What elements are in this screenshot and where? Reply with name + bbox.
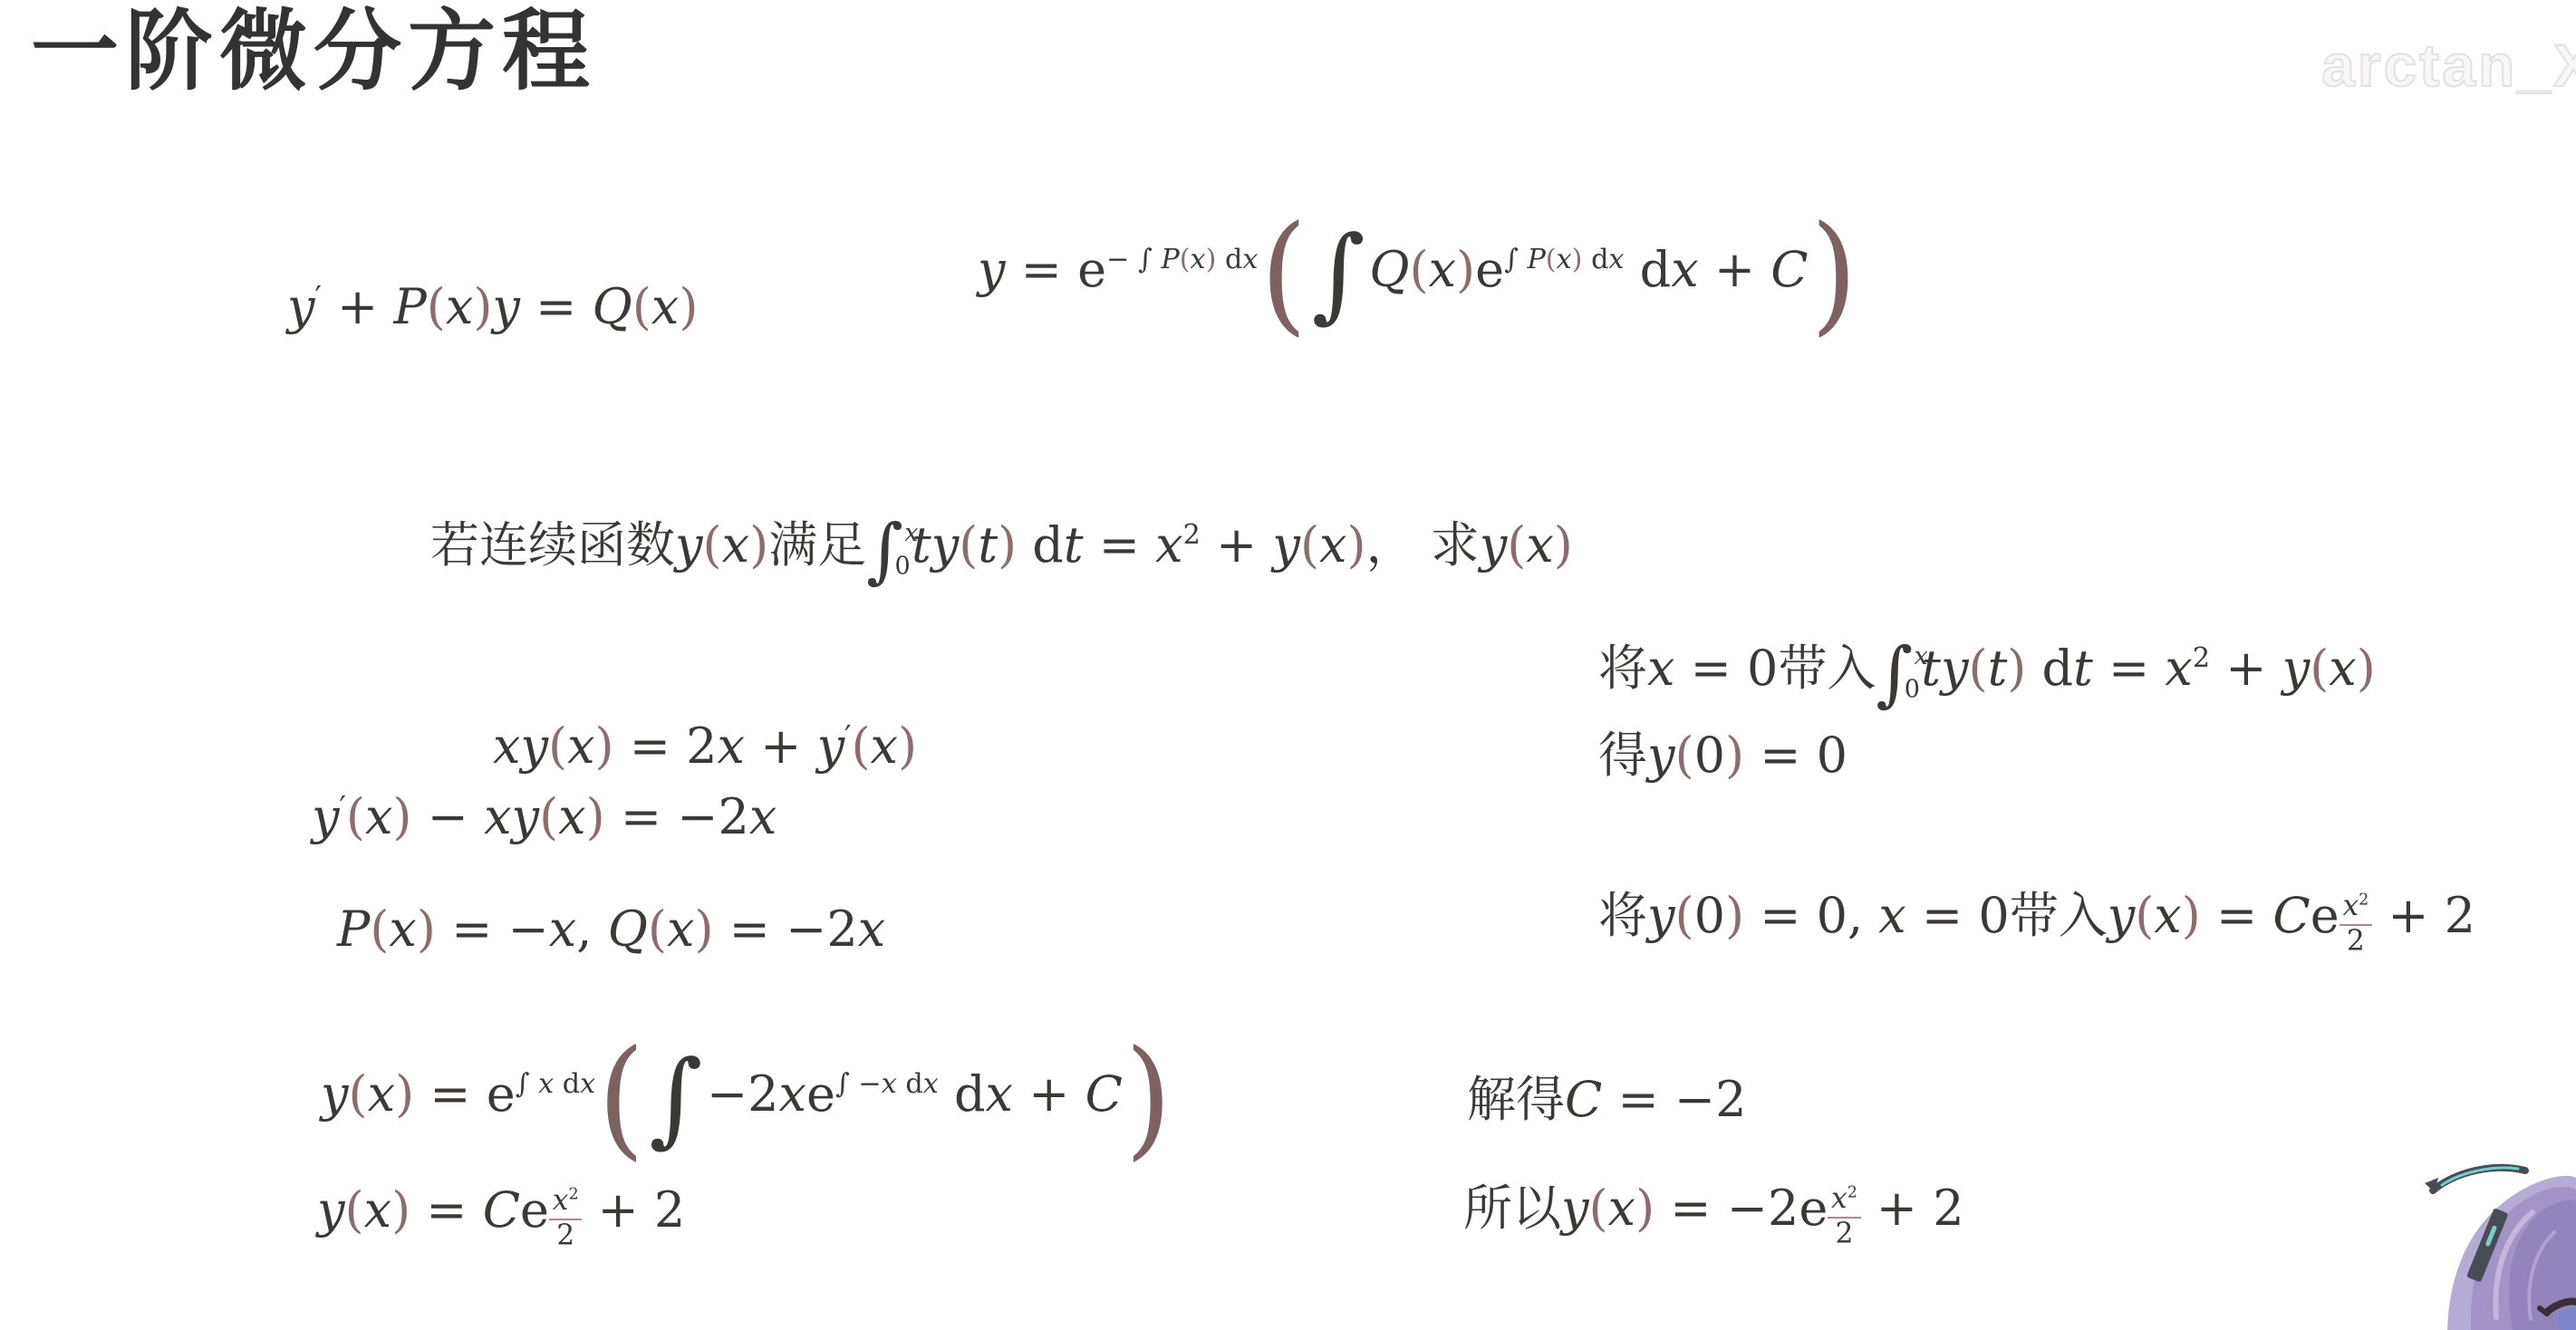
step-y0-value: 得y(0) = 0	[1598, 723, 1848, 788]
watermark: arctan_X	[2321, 31, 2576, 100]
page-title: 一阶微分方程	[31, 5, 596, 98]
step-p-and-q: P(x) = −x, Q(x) = −2x	[337, 897, 885, 962]
step-differentiated-equation: xy(x) = 2x + y′(x)	[493, 714, 917, 779]
step-solve-c: 解得C = −2	[1467, 1067, 1747, 1132]
formula-standard-form: y′ + P(x)y = Q(x)	[287, 275, 698, 340]
problem-statement: 若连续函数y(x)满足∫x0ty(t) dt = x2 + y(x)， 求y(x…	[430, 513, 1573, 581]
step-solution-integral: y(x) = e∫ x dx(∫−2xe∫ −x dx dx + C)	[321, 1062, 1174, 1127]
formula-general-solution: y = e− ∫ P(x) dx(∫Q(x)e∫ P(x) dx dx + C)	[978, 237, 1860, 303]
slide: 一阶微分方程 arctan_X y′ + P(x)y = Q(x) y = e−…	[0, 0, 2576, 1330]
avatar-character	[2424, 1132, 2576, 1330]
step-substitute-into-solution: 将y(0) = 0, x = 0带入y(x) = Cex22 + 2	[1598, 883, 2475, 957]
step-general-result: y(x) = Cex22 + 2	[317, 1178, 685, 1251]
step-substitute-x0: 将x = 0带入∫x0ty(t) dt = x2 + y(x)	[1598, 636, 2376, 704]
step-final-answer: 所以y(x) = −2ex22 + 2	[1463, 1176, 1964, 1249]
step-linear-form: y′(x) − xy(x) = −2x	[312, 785, 777, 850]
headband-antenna-icon	[2425, 1168, 2525, 1192]
